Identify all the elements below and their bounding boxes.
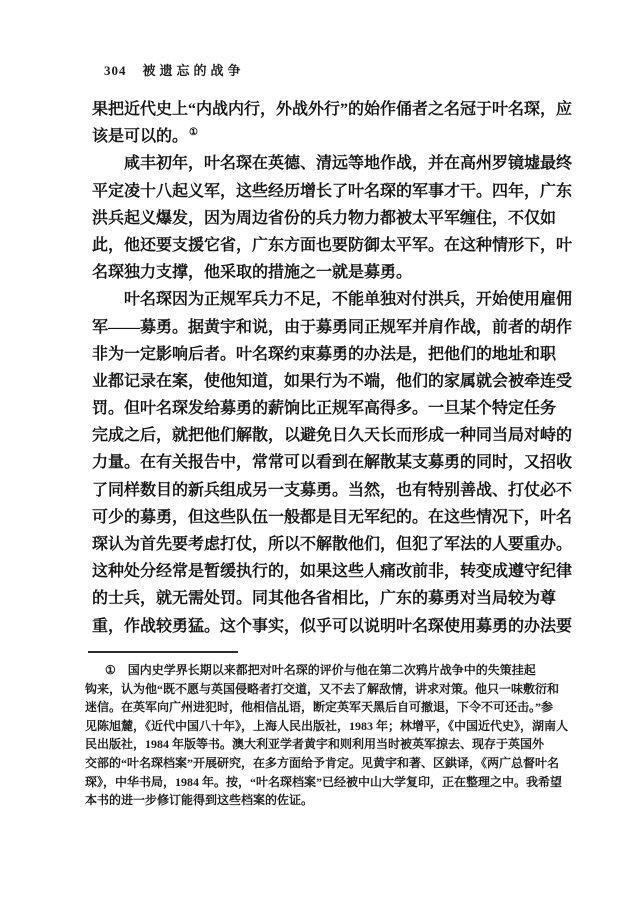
- text-line: 非为一定影响后者。叶名琛约束募勇的办法是，把他们的地址和职: [92, 341, 550, 368]
- footnote-line-content: 国内史学界长期以来都把对叶名琛的评价与他在第二次鸦片战争中的失策挂起: [128, 663, 536, 677]
- page-number: 304: [104, 63, 127, 78]
- text-line: 叶名琛因为正规军兵力不足，不能单独对付洪兵，开始使用雇佣: [92, 286, 550, 313]
- text-line: 洪兵起义爆发，因为周边省份的兵力物力都被太平军缠住，不仅如: [92, 205, 550, 232]
- text-line: 业都记录在案，使他知道，如果行为不端，他们的家属就会被牵连受: [92, 368, 550, 395]
- footnote-ref-mark: ①: [189, 127, 198, 138]
- text-line: 可少的募勇，但这些队伍一般都是目无军纪的。在这些情况下，叶名: [92, 504, 550, 531]
- text-line: 罚。但叶名琛发给募勇的薪饷比正规军高得多。一旦某个特定任务: [92, 395, 550, 422]
- footnote-line: 迷信。在英军向广州进犯时，他相信乩语，断定英军天黑后自可撤退，下令不可还击。”参: [85, 698, 553, 717]
- text-line: 军——募勇。据黄宇和说，由于募勇同正规军并肩作战，前者的胡作: [92, 314, 550, 341]
- text-line: 咸丰初年，叶名琛在英德、清远等地作战，并在高州罗镜墟最终: [92, 150, 550, 177]
- footnote-line: 琛》，中华书局，1984 年。按，“叶名琛档案”已经被中山大学复印，正在整理之中…: [85, 773, 553, 792]
- text-line: 该是可以的。①: [92, 123, 550, 150]
- text-line: 这种处分经常是暂缓执行的，如果这些人痛改前非，转变成遵守纪律: [92, 558, 550, 585]
- running-header: 304被遗忘的战争: [104, 60, 245, 79]
- book-page: 304被遗忘的战争 果把近代史上“内战内行，外战外行”的始作俑者之名冠于叶名琛，…: [0, 0, 636, 900]
- text-line: 的士兵，就无需处罚。同其他各省相比，广东的募勇对当局较为尊: [92, 585, 550, 612]
- text-line: 果把近代史上“内战内行，外战外行”的始作俑者之名冠于叶名琛，应: [92, 96, 550, 123]
- footnote-line: 见陈旭麓，《近代中国八十年》，上海人民出版社，1983 年；林增平，《中国近代史…: [85, 717, 553, 736]
- text-line: 此，他还要支援它省，广东方面也要防御太平军。在这种情形下，叶: [92, 232, 550, 259]
- running-title: 被遗忘的战争: [143, 63, 245, 78]
- footnote-block: ①国内史学界长期以来都把对叶名琛的评价与他在第二次鸦片战争中的失策挂起 钩来，认…: [85, 661, 553, 810]
- footnote-line: 本书的进一步修订能得到这些档案的佐证。: [85, 791, 553, 810]
- footnote-line: 钩来，认为他“既不愿与英国侵略者打交道，又不去了解敌情，讲求对策。他只一味敷衍和: [85, 680, 553, 699]
- footnote-divider: [88, 651, 238, 653]
- text-line: 琛认为首先要考虑打仗，所以不解散他们，但犯了军法的人要重办。: [92, 531, 550, 558]
- text-line: 平定凌十八起义军，这些经历增长了叶名琛的军事才干。四年，广东: [92, 178, 550, 205]
- footnote-line: ①国内史学界长期以来都把对叶名琛的评价与他在第二次鸦片战争中的失策挂起: [85, 661, 553, 680]
- footnote-marker: ①: [105, 663, 116, 677]
- footnote-line: 交部的“叶名琛档案”开展研究，在多方面给予肯定。见黄宇和著、区鉷译，《两广总督叶…: [85, 754, 553, 773]
- text-line: 重，作战较勇猛。这个事实，似乎可以说明叶名琛使用募勇的办法要: [92, 613, 550, 640]
- text-line-content: 该是可以的。: [92, 128, 188, 145]
- text-line: 了同样数目的新兵组成另一支募勇。当然，也有特别善战、打仗必不: [92, 477, 550, 504]
- text-line: 完成之后，就把他们解散，以避免日久天长而形成一种同当局对峙的: [92, 422, 550, 449]
- footnote-line: 民出版社，1984 年版等书。澳大利亚学者黄宇和则利用当时被英军掠去、现存于英国…: [85, 735, 553, 754]
- text-line: 力量。在有关报告中，常常可以看到在解散某支募勇的同时，又招收: [92, 449, 550, 476]
- text-line: 名琛独力支撑，他采取的措施之一就是募勇。: [92, 259, 550, 286]
- body-text: 果把近代史上“内战内行，外战外行”的始作俑者之名冠于叶名琛，应 该是可以的。① …: [92, 96, 550, 640]
